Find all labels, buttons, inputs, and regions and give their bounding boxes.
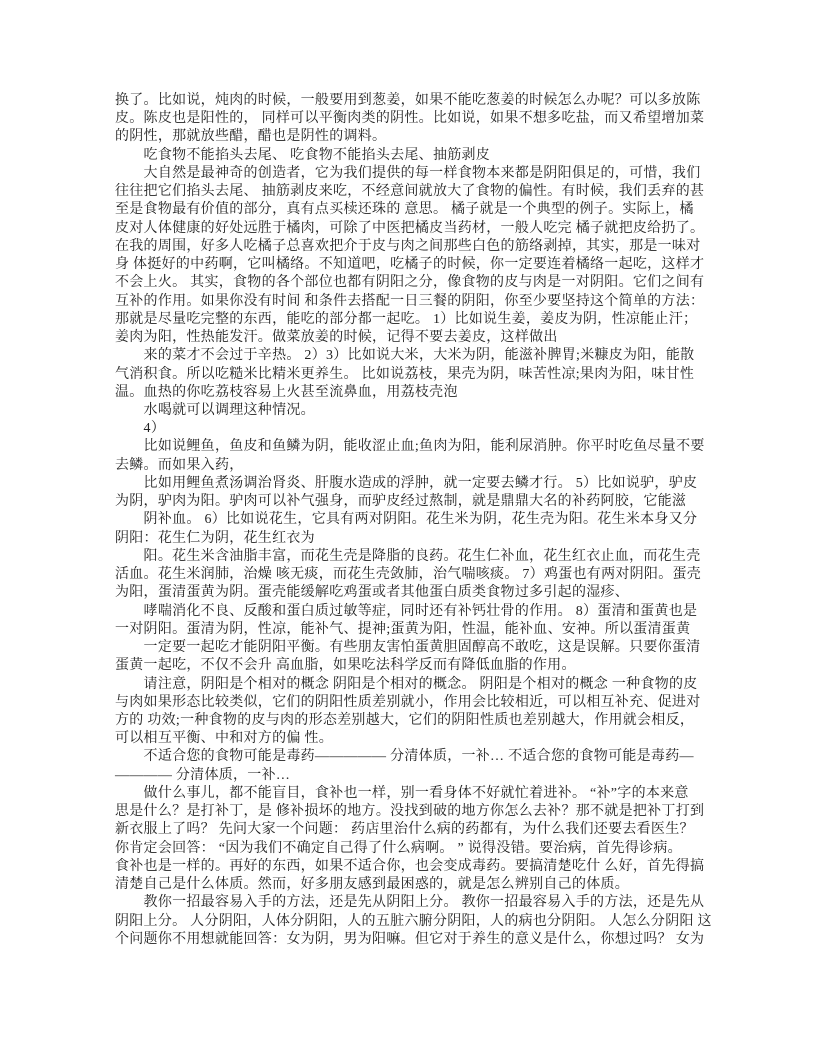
text-line: 那就是尽量吃完整的东西，能吃的部分都一起吃。 1）比如说生姜，姜皮为阴，性凉能止…: [115, 311, 707, 329]
text-line: 互补的作用。如果你没有时间 和条件去搭配一日三餐的阴阳，你至少要坚持这个简单的方…: [115, 293, 707, 311]
text-line: 可以相互平衡、中和对方的偏 性。: [115, 730, 707, 748]
text-line: 姜肉为阳，性热能发汗。做菜放姜的时候，记得不要去姜皮，这样做出: [115, 329, 707, 347]
text-line: 为阴，驴肉为阳。驴肉可以补气强身，而驴皮经过熬制，就是鼎鼎大名的补药阿胶，它能滋: [115, 493, 707, 511]
document-body: 换了。比如说，炖肉的时候，一般要用到葱姜，如果不能吃葱姜的时候怎么办呢？可以多放…: [115, 92, 707, 949]
text-line: 一定要一起吃才能阴阳平衡。有些朋友害怕蛋黄胆固醇高不敢吃，这是误解。只要你蛋清: [115, 639, 707, 657]
text-line: 气消积食。所以吃糙米比精米更养生。 比如说荔枝，果壳为阴，味苦性凉;果肉为阳，味…: [115, 366, 707, 384]
text-line: 你肯定会回答： “因为我们不确定自己得了什么病啊。 ” 说得没错。要治病，首先得…: [115, 840, 707, 858]
text-line: 4）: [115, 420, 707, 438]
text-line: 与肉如果形态比较类似，它们的阴阳性质差别就小，作用会比较相近，可以相互补充、促进…: [115, 694, 707, 712]
text-line: 阴阳上分。 人分阴阳，人体分阴阳，人的五脏六腑分阴阳，人的病也分阴阳。 人怎么分…: [115, 913, 707, 931]
text-line: 的阴性，那就放些醋，醋也是阴性的调料。: [115, 128, 707, 146]
text-line: 哮喘消化不良、反酸和蛋白质过敏等症，同时还有补钙壮骨的作用。 8）蛋清和蛋黄也是: [115, 603, 707, 621]
text-line: 在我的周围，好多人吃橘子总喜欢把介于皮与肉之间那些白色的筋络剥掉，其实，那是一味…: [115, 238, 707, 256]
text-line: 请注意，阴阳是个相对的概念 阴阳是个相对的概念。 阴阳是个相对的概念 一种食物的…: [115, 676, 707, 694]
text-line: 水喝就可以调理这种情况。: [115, 402, 707, 420]
text-line: 做什么事儿，都不能盲目，食补也一样，别一看身体不好就忙着进补。 “补”字的本来意: [115, 785, 707, 803]
text-line: 活血。花生米润肺，治燥 咳无痰，而花生壳敛肺，治气喘咳痰。 7）鸡蛋也有两对阴阳…: [115, 566, 707, 584]
text-line: 比如说鲤鱼，鱼皮和鱼鳞为阴，能收涩止血;鱼肉为阳，能利尿消肿。你平时吃鱼尽量不要: [115, 438, 707, 456]
text-line: 换了。比如说，炖肉的时候，一般要用到葱姜，如果不能吃葱姜的时候怎么办呢？可以多放…: [115, 92, 707, 110]
text-line: 阳。花生米含油脂丰富，而花生壳是降脂的良药。花生仁补血，花生红衣止血，而花生壳: [115, 548, 707, 566]
text-line: 皮。陈皮也是阳性的， 同样可以平衡肉类的阴性。比如说，如果不想多吃盐，而又希望增…: [115, 110, 707, 128]
text-line: 教你一招最容易入手的方法，还是先从阴阳上分。 教你一招最容易入手的方法，还是先从: [115, 894, 707, 912]
text-line: 个问题你不用想就能回答：女为阴，男为阳嘛。但它对于养生的意义是什么，你想过吗？ …: [115, 931, 707, 949]
text-line: 阴补血。 6）比如说花生，它具有两对阴阳。花生米为阴，花生壳为阳。花生米本身又分: [115, 511, 707, 529]
text-line: 比如用鲤鱼煮汤调治肾炎、肝腹水造成的浮肿，就一定要去鳞才行。 5）比如说驴，驴皮: [115, 475, 707, 493]
text-line: 往往把它们掐头去尾、 抽筋剥皮来吃，不经意间就放大了食物的偏性。有时候，我们丢弃…: [115, 183, 707, 201]
text-line: 食补也是一样的。再好的东西，如果不适合你，也会变成毒药。要搞清楚吃什 么好，首先…: [115, 858, 707, 876]
text-line: 清楚自己是什么体质。然而，好多朋友感到最困惑的，就是怎么辨别自己的体质。: [115, 876, 707, 894]
text-line: 大自然是最神奇的创造者，它为我们提供的每一样食物本来都是阴阳俱足的，可惜，我们: [115, 165, 707, 183]
text-line: 身 体挺好的中药啊，它叫橘络。不知道吧，吃橘子的时候，你一定要连着橘络一起吃，这…: [115, 256, 707, 274]
text-line: 思是什么？是打补丁，是 修补损坏的地方。没找到破的地方你怎么去补？那不就是把补丁…: [115, 803, 707, 821]
text-line: 为阳，蛋清蛋黄为阴。蛋壳能缓解吃鸡蛋或者其他蛋白质类食物过多引起的湿疹、: [115, 584, 707, 602]
text-line: 吃食物不能掐头去尾、 吃食物不能掐头去尾、抽筋剥皮: [115, 147, 707, 165]
text-line: ———— 分清体质，一补…: [115, 767, 707, 785]
text-line: 不会上火。 其实，食物的各个部位也都有阴阳之分，像食物的皮与肉是一对阴阳。它们之…: [115, 274, 707, 292]
text-line: 一对阴阳。蛋清为阴，性凉，能补气、提神;蛋黄为阳，性温，能补血、安神。所以蛋清蛋…: [115, 621, 707, 639]
text-line: 蛋黄一起吃，不仅不会升 高血脂，如果吃法科学反而有降低血脂的作用。: [115, 657, 707, 675]
text-line: 新衣服上了吗？ 先问大家一个问题： 药店里治什么病的药都有，为什么我们还要去看医…: [115, 821, 707, 839]
text-line: 方的 功效;一种食物的皮与肉的形态差别越大，它们的阴阳性质也差别越大，作用就会相…: [115, 712, 707, 730]
text-line: 至是食物最有价值的部分，真有点买椟还珠的 意思。 橘子就是一个典型的例子。实际上…: [115, 201, 707, 219]
text-line: 来的菜才不会过于辛热。 2）3）比如说大米，大米为阴，能滋补脾胃;米糠皮为阳，能…: [115, 347, 707, 365]
text-line: 去鳞。而如果入药，: [115, 457, 707, 475]
text-line: 阴阳：花生仁为阴，花生红衣为: [115, 530, 707, 548]
document-page: 换了。比如说，炖肉的时候，一般要用到葱姜，如果不能吃葱姜的时候怎么办呢？可以多放…: [0, 0, 816, 1056]
text-line: 不适合您的食物可能是毒药————— 分清体质，一补… 不适合您的食物可能是毒药—: [115, 748, 707, 766]
text-line: 皮对人体健康的好处远胜于橘肉，可除了中医把橘皮当药材，一般人吃完 橘子就把皮给扔…: [115, 220, 707, 238]
text-line: 温。血热的你吃荔枝容易上火甚至流鼻血，用荔枝壳泡: [115, 384, 707, 402]
